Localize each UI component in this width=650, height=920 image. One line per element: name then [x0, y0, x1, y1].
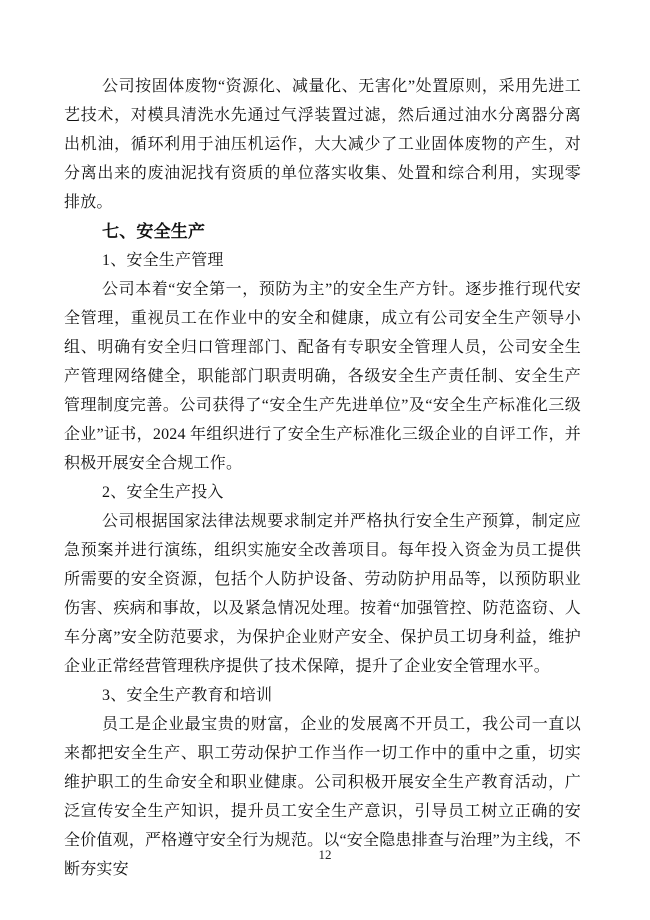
page-content: 公司按固体废物“资源化、减量化、无害化”处置原则，采用先进工艺技术，对模具清洗水…	[64, 72, 581, 884]
paragraph-solid-waste-disposal: 公司按固体废物“资源化、减量化、无害化”处置原则，采用先进工艺技术，对模具清洗水…	[64, 72, 581, 217]
subsection-title-safety-education-training: 3、安全生产教育和培训	[64, 681, 581, 710]
subsection-title-safety-investment: 2、安全生产投入	[64, 478, 581, 507]
page-number: 12	[0, 846, 650, 864]
document-page: 公司按固体废物“资源化、减量化、无害化”处置原则，采用先进工艺技术，对模具清洗水…	[0, 0, 650, 920]
paragraph-safety-management: 公司本着“安全第一，预防为主”的安全生产方针。逐步推行现代安全管理，重视员工在作…	[64, 275, 581, 478]
paragraph-safety-investment: 公司根据国家法律法规要求制定并严格执行安全生产预算，制定应急预案并进行演练，组织…	[64, 507, 581, 681]
subsection-title-safety-management: 1、安全生产管理	[64, 246, 581, 275]
section-heading-safety-production: 七、安全生产	[64, 217, 581, 246]
